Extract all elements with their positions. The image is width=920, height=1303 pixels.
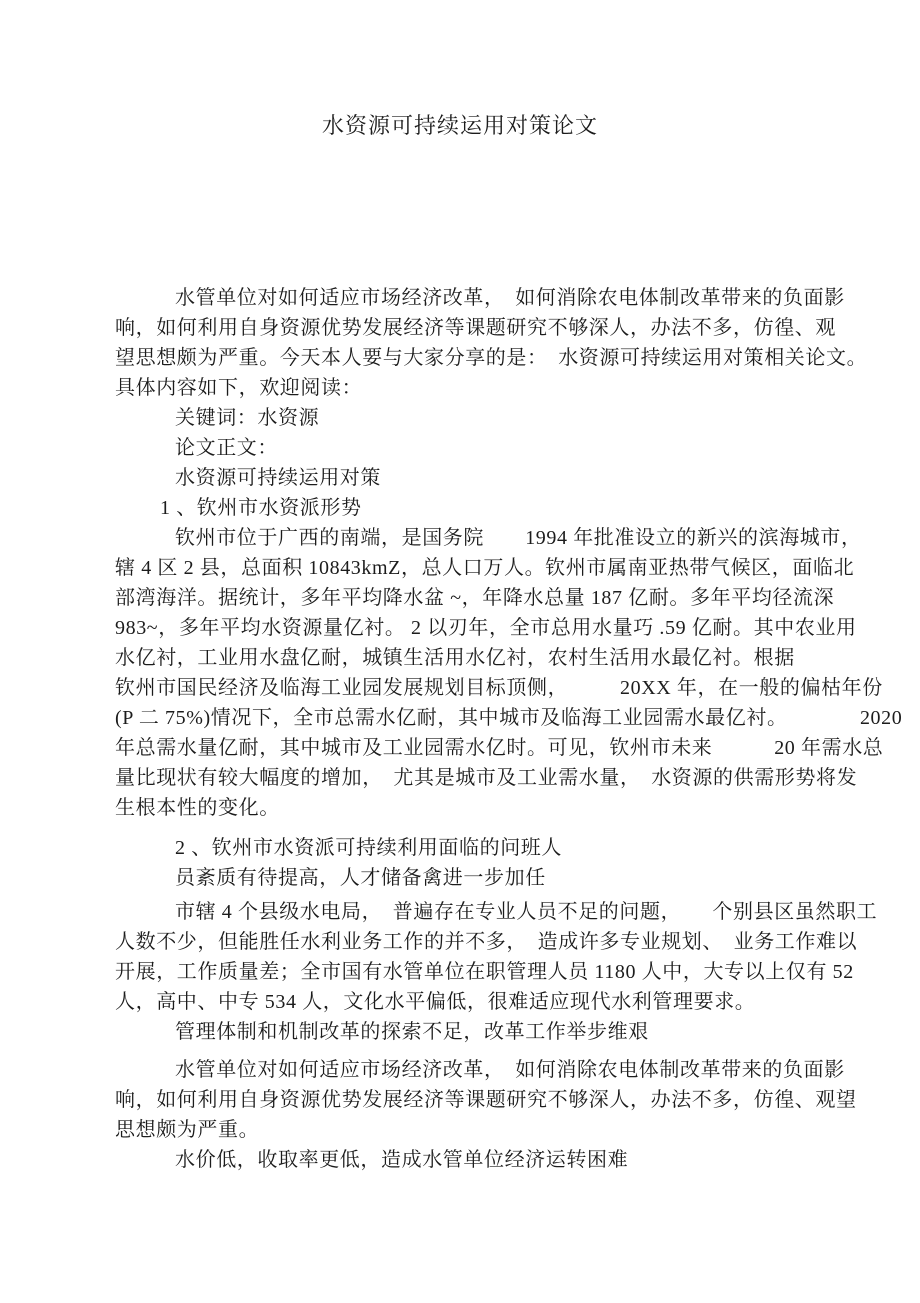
keywords-line: 关键词：水资源 (115, 403, 830, 433)
paragraph-line: 响，如何利用自身资源优势发展经济等课题研究不够深人，办法不多，仿徨、观 (115, 313, 830, 343)
paragraph-line: 开展，工作质量差；全市国有水管单位在职管理人员 1180 人中，大专以上仅有 5… (115, 957, 830, 987)
section-2-heading-cont: 员紊质有待提高，人才储备禽进一步加任 (115, 863, 830, 893)
paragraph-line: 响，如何利用自身资源优势发展经济等课题研究不够深人，办法不多，仿徨、观望 (115, 1085, 830, 1115)
paragraph-line: 市辖 4 个县级水电局， 普遍存在专业人员不足的问题， 个别县区虽然职工 (115, 897, 830, 927)
paragraph-line: 生根本性的变化。 (115, 793, 830, 823)
paragraph-line: 水亿衬，工业用水盘亿耐，城镇生活用水亿衬，农村生活用水最亿衬。根据 (115, 643, 830, 673)
paragraph-line: 钦州市国民经济及临海工业园发展规划目标顶侧， 20XX 年，在一般的偏枯年份 (115, 673, 830, 703)
subtitle-line: 水资源可持续运用对策 (115, 463, 830, 493)
subheading-line: 管理体制和机制改革的探索不足，改革工作举步维艰 (115, 1017, 830, 1047)
paragraph-line: 水管单位对如何适应市场经济改革， 如何消除农电体制改革带来的负面影 (115, 283, 830, 313)
paragraph-line: (P 二 75%)情况下，全市总需水亿耐，其中城市及临海工业园需水最亿衬。 20… (115, 703, 830, 733)
document-page: 水资源可持续运用对策论文 水管单位对如何适应市场经济改革， 如何消除农电体制改革… (0, 0, 920, 1303)
document-body: 水管单位对如何适应市场经济改革， 如何消除农电体制改革带来的负面影 响，如何利用… (0, 283, 920, 1175)
paragraph-line: 具体内容如下，欢迎阅读： (115, 373, 830, 403)
paragraph-line: 钦州市位于广西的南端，是国务院 1994 年批准设立的新兴的滨海城市， (115, 523, 830, 553)
subheading-line: 水价低，收取率更低，造成水管单位经济运转困难 (115, 1145, 830, 1175)
paragraph-line: 人数不少，但能胜任水利业务工作的并不多， 造成许多专业规划、 业务工作难以 (115, 927, 830, 957)
paragraph-line: 人，高中、中专 534 人，文化水平偏低，很难适应现代水利管理要求。 (115, 987, 830, 1017)
body-label-line: 论文正文： (115, 433, 830, 463)
paragraph-line: 量比现状有较大幅度的增加， 尤其是城市及工业需水量， 水资源的供需形势将发 (115, 763, 830, 793)
paragraph-line: 983~，多年平均水资源量亿衬。 2 以刃年，全市总用水量巧 .59 亿耐。其中… (115, 613, 830, 643)
paragraph-line: 年总需水量亿耐，其中城市及工业园需水亿时。可见，钦州市未来 20 年需水总 (115, 733, 830, 763)
document-title: 水资源可持续运用对策论文 (0, 0, 920, 142)
paragraph-line: 部湾海洋。据统计，多年平均降水盆 ~，年降水总量 187 亿耐。多年平均径流深 (115, 583, 830, 613)
section-1-heading: 1 、钦州市水资派形势 (115, 493, 830, 523)
paragraph-line: 辖 4 区 2 县，总面积 10843kmZ，总人口万人。钦州市属南亚热带气候区… (115, 553, 830, 583)
paragraph-line: 思想颇为严重。 (115, 1115, 830, 1145)
paragraph-line: 水管单位对如何适应市场经济改革， 如何消除农电体制改革带来的负面影 (115, 1055, 830, 1085)
section-2-heading: 2 、钦州市水资派可持续利用面临的问班人 (115, 833, 830, 863)
paragraph-line: 望思想颇为严重。今天本人要与大家分享的是： 水资源可持续运用对策相关论文。 (115, 343, 830, 373)
